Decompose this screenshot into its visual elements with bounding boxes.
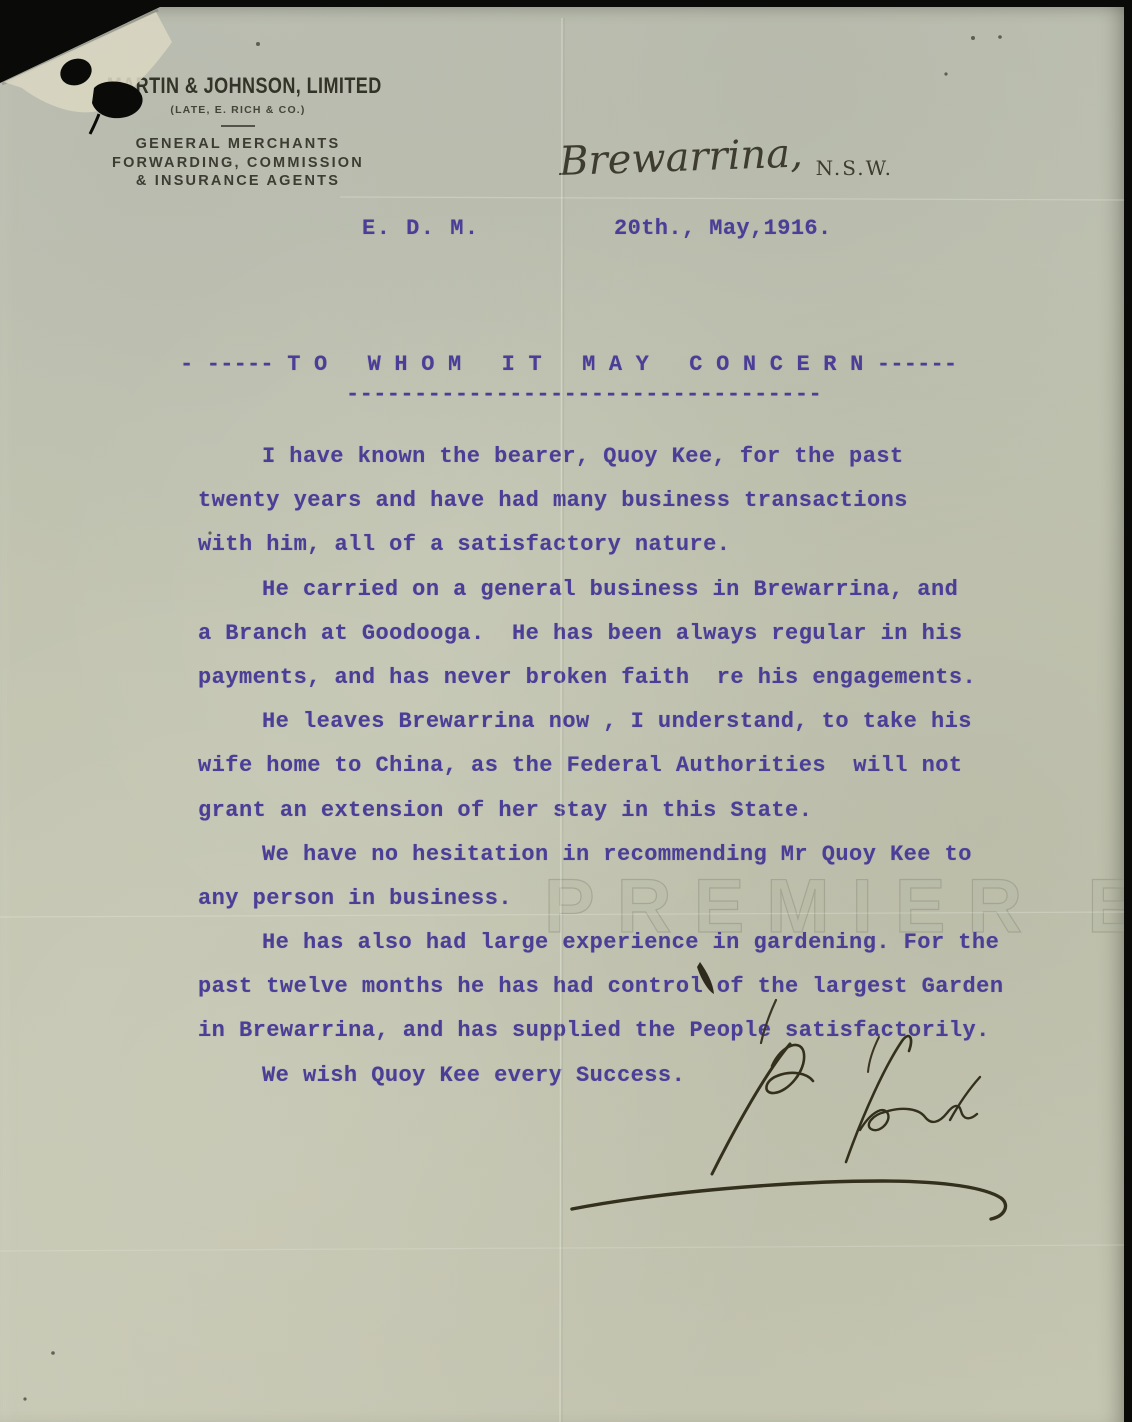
company-name: MARTIN & JOHNSON, LIMITED: [107, 73, 369, 99]
typed-line: He carried on a general business in Brew…: [198, 568, 1003, 612]
typed-line: a Branch at Goodooga. He has been always…: [198, 612, 1003, 656]
place-name: Brewarrina,: [558, 131, 803, 185]
typed-line: He leaves Brewarrina now , I understand,…: [198, 700, 1003, 744]
letterhead-service-line: & INSURANCE AGENTS: [78, 172, 398, 191]
place-and-state: Brewarrina, N.S.W.: [560, 139, 893, 185]
typed-line: in Brewarrina, and has supplied the Peop…: [198, 1009, 1003, 1053]
letterhead-service-line: FORWARDING, COMMISSION: [78, 154, 398, 173]
letter-body: I have known the bearer, Quoy Kee, for t…: [198, 435, 1003, 1098]
typed-line: He has also had large experience in gard…: [198, 921, 1003, 965]
letter-paper: MARTIN & JOHNSON, LIMITED (LATE, E. RICH…: [0, 7, 1124, 1422]
state-label: N.S.W.: [816, 156, 893, 180]
company-formerly: (LATE, E. RICH & CO.): [78, 104, 398, 116]
letterhead-services: GENERAL MERCHANTSFORWARDING, COMMISSION&…: [78, 135, 398, 191]
typed-line: I have known the bearer, Quoy Kee, for t…: [198, 435, 1003, 479]
typed-line: with him, all of a satisfactory nature.: [198, 523, 1003, 567]
scan-backdrop: MARTIN & JOHNSON, LIMITED (LATE, E. RICH…: [0, 0, 1132, 1422]
typed-line: payments, and has never broken faith re …: [198, 656, 1003, 700]
letter-date: 20th., May,1916.: [614, 216, 832, 241]
typed-line: past twelve months he has had control of…: [198, 965, 1003, 1009]
typist-initials: E. D. M.: [362, 216, 480, 241]
letterhead: MARTIN & JOHNSON, LIMITED (LATE, E. RICH…: [78, 73, 398, 191]
letter-heading: - ----- T O W H O M I T M A Y C O N C E …: [180, 352, 957, 377]
typed-line: grant an extension of her stay in this S…: [198, 789, 1003, 833]
letterhead-service-line: GENERAL MERCHANTS: [78, 135, 398, 154]
typed-line: We wish Quoy Kee every Success.: [198, 1054, 1003, 1098]
heading-underline: -----------------------------------: [346, 382, 822, 407]
typed-line: twenty years and have had many business …: [198, 479, 1003, 523]
typed-line: wife home to China, as the Federal Autho…: [198, 744, 1003, 788]
typed-line: any person in business.: [198, 877, 1003, 921]
letterhead-rule: [221, 125, 255, 127]
typed-line: We have no hesitation in recommending Mr…: [198, 833, 1003, 877]
